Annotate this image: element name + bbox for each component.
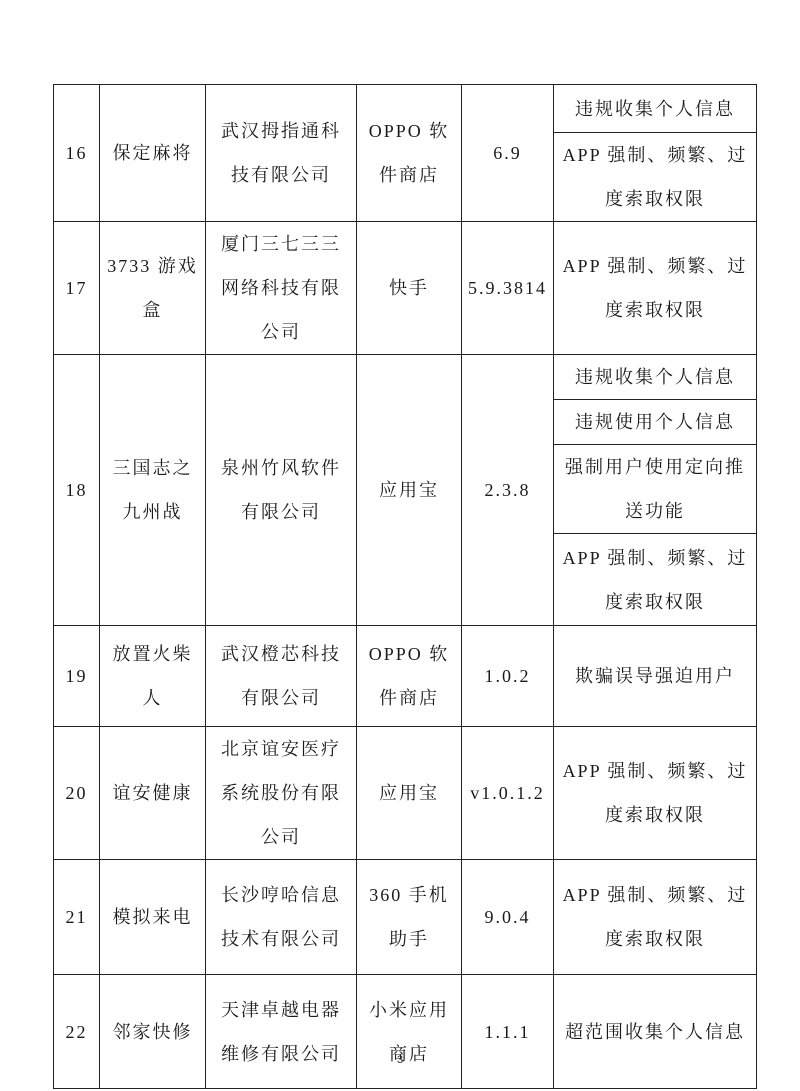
issue: APP 强制、频繁、过度索取权限: [554, 860, 757, 975]
issue: 欺骗误导强迫用户: [554, 626, 757, 727]
app-store: OPPO 软件商店: [357, 626, 462, 727]
app-name: 三国志之九州战: [100, 355, 206, 626]
table-row: 18 三国志之九州战 泉州竹风软件有限公司 应用宝 2.3.8 违规收集个人信息: [54, 355, 757, 400]
app-store: 小米应用商店: [357, 975, 462, 1089]
row-number: 21: [54, 860, 100, 975]
app-store: OPPO 软件商店: [357, 85, 462, 222]
app-violation-table: 16 保定麻将 武汉拇指通科技有限公司 OPPO 软件商店 6.9 违规收集个人…: [53, 84, 757, 1089]
app-name: 保定麻将: [100, 85, 206, 222]
issue: 违规收集个人信息: [554, 355, 757, 400]
app-store: 快手: [357, 222, 462, 355]
table-row: 16 保定麻将 武汉拇指通科技有限公司 OPPO 软件商店 6.9 违规收集个人…: [54, 85, 757, 133]
app-name: 邻家快修: [100, 975, 206, 1089]
app-store: 360 手机助手: [357, 860, 462, 975]
app-name: 3733 游戏盒: [100, 222, 206, 355]
table-row: 21 模拟来电 长沙哼哈信息技术有限公司 360 手机助手 9.0.4 APP …: [54, 860, 757, 975]
page-number: 3: [0, 1054, 800, 1066]
row-number: 20: [54, 727, 100, 860]
issue: APP 强制、频繁、过度索取权限: [554, 133, 757, 222]
version: 5.9.3814: [462, 222, 554, 355]
table-row: 22 邻家快修 天津卓越电器维修有限公司 小米应用商店 1.1.1 超范围收集个…: [54, 975, 757, 1089]
developer: 长沙哼哈信息技术有限公司: [206, 860, 357, 975]
app-store: 应用宝: [357, 727, 462, 860]
developer: 泉州竹风软件有限公司: [206, 355, 357, 626]
table-row: 17 3733 游戏盒 厦门三七三三网络科技有限公司 快手 5.9.3814 A…: [54, 222, 757, 355]
issue: 违规收集个人信息: [554, 85, 757, 133]
issue: 超范围收集个人信息: [554, 975, 757, 1089]
app-name: 模拟来电: [100, 860, 206, 975]
app-store: 应用宝: [357, 355, 462, 626]
version: 1.1.1: [462, 975, 554, 1089]
developer: 武汉橙芯科技有限公司: [206, 626, 357, 727]
developer: 北京谊安医疗系统股份有限公司: [206, 727, 357, 860]
version: 1.0.2: [462, 626, 554, 727]
table-row: 19 放置火柴人 武汉橙芯科技有限公司 OPPO 软件商店 1.0.2 欺骗误导…: [54, 626, 757, 727]
developer: 天津卓越电器维修有限公司: [206, 975, 357, 1089]
table-row: 20 谊安健康 北京谊安医疗系统股份有限公司 应用宝 v1.0.1.2 APP …: [54, 727, 757, 860]
developer: 厦门三七三三网络科技有限公司: [206, 222, 357, 355]
issue: APP 强制、频繁、过度索取权限: [554, 222, 757, 355]
issue: APP 强制、频繁、过度索取权限: [554, 534, 757, 626]
developer: 武汉拇指通科技有限公司: [206, 85, 357, 222]
row-number: 17: [54, 222, 100, 355]
row-number: 22: [54, 975, 100, 1089]
document-page: 16 保定麻将 武汉拇指通科技有限公司 OPPO 软件商店 6.9 违规收集个人…: [0, 0, 800, 1091]
version: 6.9: [462, 85, 554, 222]
issue: APP 强制、频繁、过度索取权限: [554, 727, 757, 860]
app-name: 放置火柴人: [100, 626, 206, 727]
row-number: 18: [54, 355, 100, 626]
app-name: 谊安健康: [100, 727, 206, 860]
row-number: 19: [54, 626, 100, 727]
version: 2.3.8: [462, 355, 554, 626]
row-number: 16: [54, 85, 100, 222]
version: 9.0.4: [462, 860, 554, 975]
version: v1.0.1.2: [462, 727, 554, 860]
issue: 强制用户使用定向推送功能: [554, 445, 757, 534]
issue: 违规使用个人信息: [554, 400, 757, 445]
